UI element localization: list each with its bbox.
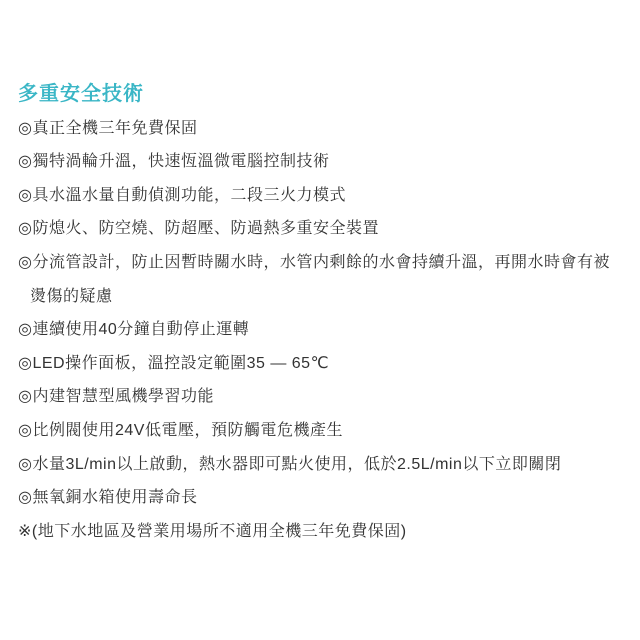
bullet-icon: ◎ <box>18 355 32 372</box>
footnote: ※(地下水地區及營業用場所不適用全機三年免費保固) <box>18 515 622 549</box>
feature-text: 比例閥使用24V低電壓，預防觸電危機產生 <box>32 422 342 439</box>
bullet-icon: ◎ <box>18 422 32 439</box>
feature-item: ◎真正全機三年免費保固 <box>18 112 622 146</box>
feature-item: ◎分流管設計，防止因暫時關水時，水管内剩餘的水會持續升溫，再開水時會有被燙傷的疑… <box>18 246 622 313</box>
feature-item: ◎無氧銅水箱使用壽命長 <box>18 481 622 515</box>
bullet-icon: ◎ <box>18 120 32 137</box>
feature-text: 真正全機三年免費保固 <box>32 120 197 137</box>
bullet-icon: ◎ <box>18 153 32 170</box>
bullet-icon: ◎ <box>18 187 32 204</box>
feature-text: 具水溫水量自動偵測功能，二段三火力模式 <box>32 187 346 204</box>
feature-item: ◎連續使用40分鐘自動停止運轉 <box>18 313 622 347</box>
section-title: 多重安全技術 <box>18 78 622 112</box>
feature-item: ◎内建智慧型風機學習功能 <box>18 380 622 414</box>
feature-text: 無氧銅水箱使用壽命長 <box>32 489 197 506</box>
bullet-icon: ◎ <box>18 254 32 271</box>
feature-item: ◎比例閥使用24V低電壓，預防觸電危機產生 <box>18 414 622 448</box>
feature-item: ◎具水溫水量自動偵測功能，二段三火力模式 <box>18 179 622 213</box>
bullet-icon: ◎ <box>18 489 32 506</box>
bullet-icon: ◎ <box>18 321 32 338</box>
feature-text: LED操作面板，溫控設定範圍35 — 65℃ <box>32 355 329 372</box>
feature-text: 水量3L/min以上啟動，熱水器即可點火使用，低於2.5L/min以下立即關閉 <box>32 456 561 473</box>
feature-text: 獨特渦輪升溫，快速恆溫微電腦控制技術 <box>32 153 329 170</box>
feature-text: 連續使用40分鐘自動停止運轉 <box>32 321 249 338</box>
footnote-text: (地下水地區及營業用場所不適用全機三年免費保固) <box>32 523 407 540</box>
bullet-icon: ◎ <box>18 220 32 237</box>
feature-text: 防熄火、防空燒、防超壓、防過熱多重安全裝置 <box>32 220 379 237</box>
feature-item: ◎LED操作面板，溫控設定範圍35 — 65℃ <box>18 347 622 381</box>
feature-item: ◎獨特渦輪升溫，快速恆溫微電腦控制技術 <box>18 145 622 179</box>
feature-item: ◎防熄火、防空燒、防超壓、防過熱多重安全裝置 <box>18 212 622 246</box>
feature-item: ◎水量3L/min以上啟動，熱水器即可點火使用，低於2.5L/min以下立即關閉 <box>18 448 622 482</box>
reference-mark-icon: ※ <box>18 523 32 540</box>
bullet-icon: ◎ <box>18 388 32 405</box>
feature-text: 内建智慧型風機學習功能 <box>32 388 214 405</box>
bullet-icon: ◎ <box>18 456 32 473</box>
product-description-section: 多重安全技術 ◎真正全機三年免費保固 ◎獨特渦輪升溫，快速恆溫微電腦控制技術 ◎… <box>0 0 640 548</box>
feature-text: 分流管設計，防止因暫時關水時，水管内剩餘的水會持續升溫，再開水時會有被燙傷的疑慮 <box>30 254 610 305</box>
